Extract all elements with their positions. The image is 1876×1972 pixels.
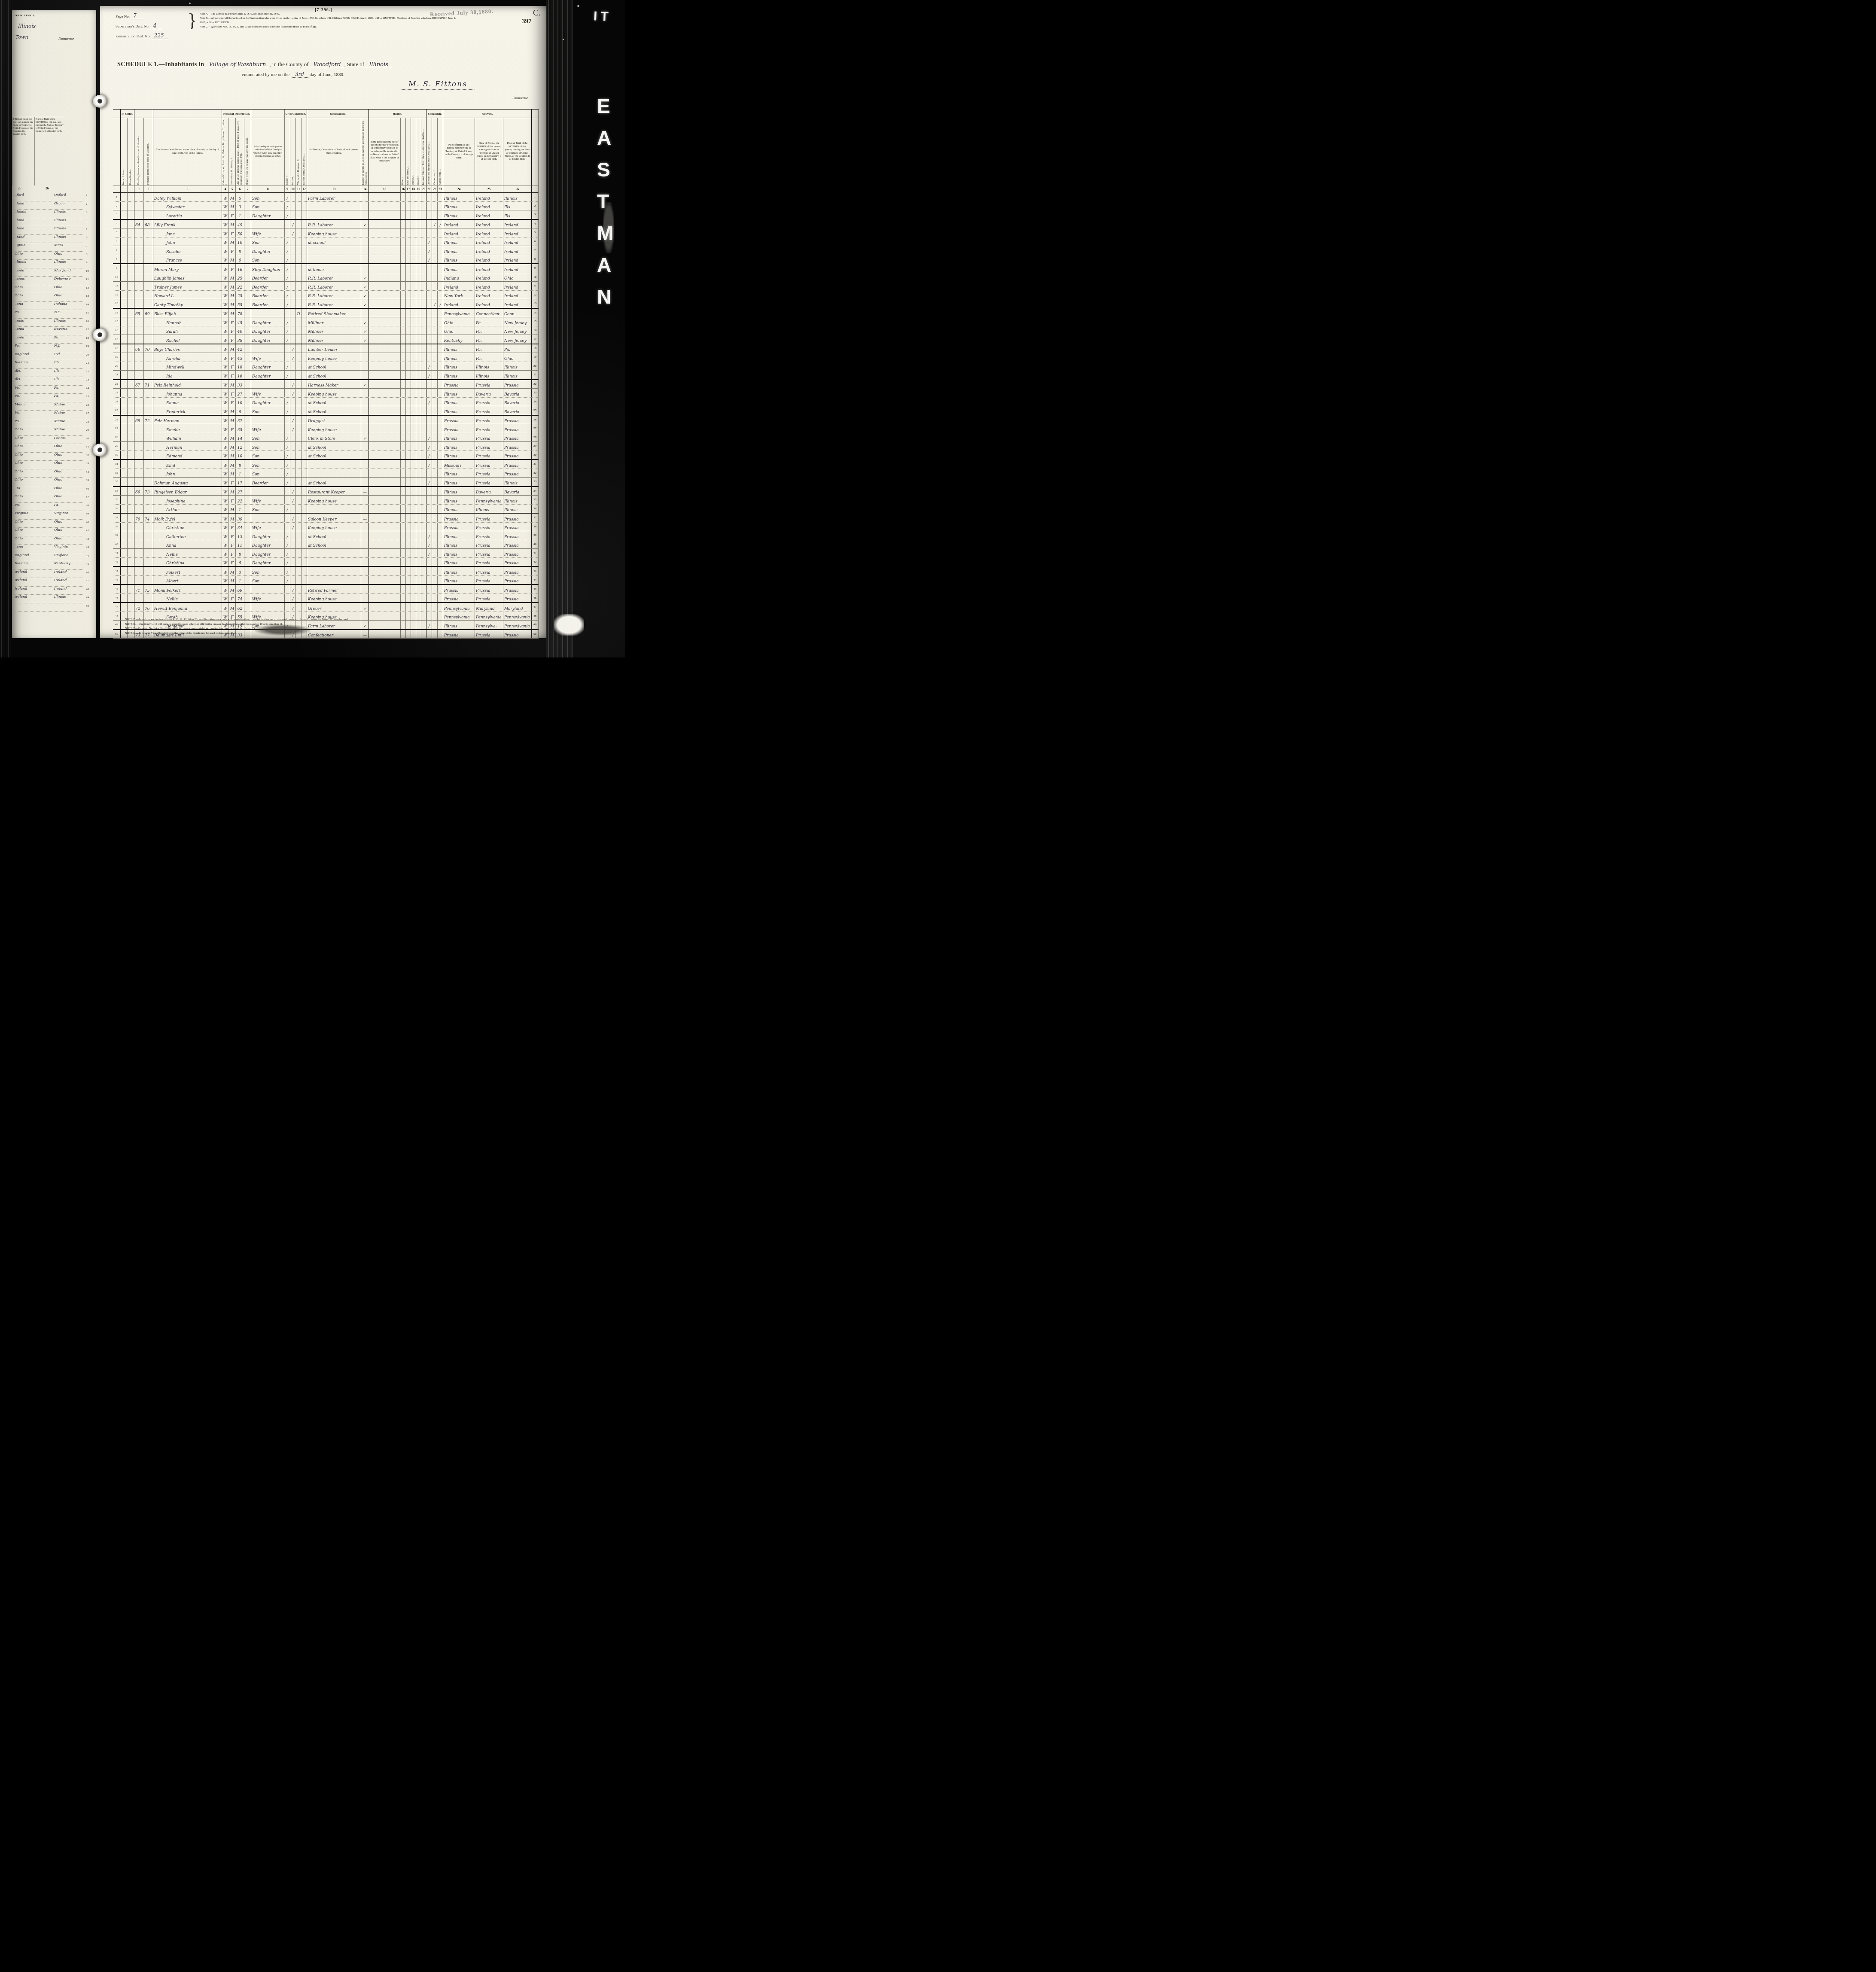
cell-widowed: [296, 264, 301, 273]
cell-street: [121, 220, 128, 228]
cell-name: Bliss Elijah: [153, 309, 222, 317]
cell-maimed: [421, 291, 426, 299]
cell-dwelling: [134, 505, 144, 513]
cell-family: [144, 228, 153, 237]
cell-pof: Prussia: [475, 416, 503, 424]
cell-blind: [401, 594, 406, 603]
cell-school: /: [426, 460, 432, 469]
cell-maimed: [421, 344, 426, 353]
cell-single: [285, 344, 290, 353]
cell-maimed: [421, 514, 426, 522]
cell-blind: [401, 630, 406, 639]
header-notes: Note A.—The Census Year begins June 1, 1…: [200, 12, 457, 29]
cell-relationship: [251, 309, 285, 317]
cell-rnL: 20: [113, 362, 121, 371]
cell-sickness: [369, 353, 401, 362]
film-brand-letter: N: [597, 285, 611, 308]
cell-rnL: 19: [113, 353, 121, 362]
cell-month: [244, 202, 251, 210]
cell-insane: [416, 255, 421, 264]
cell-street: [121, 335, 128, 344]
cell-single: /: [285, 567, 290, 575]
cell-write: [438, 630, 443, 639]
cell-house: [128, 299, 134, 308]
cell-color: W: [222, 603, 229, 612]
col-header-text-read: Cannot read, /.: [432, 119, 437, 185]
cell-married: [290, 478, 296, 486]
cell-unemployed: [361, 505, 369, 513]
cell-age: 34: [236, 523, 244, 531]
cell-pom: Pa.: [503, 344, 532, 353]
cell-pom: Prussia: [503, 424, 532, 433]
cell-married_cy: [301, 389, 307, 397]
cell-color: W: [222, 523, 229, 531]
cell-rnL: 39: [113, 531, 121, 540]
cell-house: [128, 210, 134, 219]
left-page-father-birthplace: Ohio: [12, 452, 52, 461]
cell-dwelling: 70: [134, 514, 144, 522]
cell-rnR: 43: [532, 567, 539, 575]
cell-single: /: [285, 398, 290, 406]
cell-school: [426, 309, 432, 317]
cell-blind: [401, 567, 406, 575]
cell-occupation: R.R. Laborer: [307, 299, 361, 308]
cell-married: [290, 309, 296, 317]
cell-family: [144, 246, 153, 255]
cell-dwelling: [134, 558, 144, 566]
cell-idiotic: [411, 442, 416, 450]
cell-married_cy: [301, 202, 307, 210]
cell-sex: F: [229, 398, 236, 406]
table-row: 226771Pelz ReinholdWM33/Harness Maker✓Pr…: [113, 380, 539, 389]
cell-pof: Prussia: [475, 594, 503, 603]
cell-write: [438, 612, 443, 621]
cell-read: [432, 594, 438, 603]
cell-read: [432, 255, 438, 264]
table-column-numbers: 1234567891011121314151617181920212223242…: [113, 186, 539, 193]
cell-relationship: Boarder: [251, 291, 285, 299]
cell-age: 1: [236, 576, 244, 584]
cell-month: [244, 371, 251, 379]
cell-rnR: 34: [532, 487, 539, 496]
cell-married: [290, 371, 296, 379]
cell-married_cy: [301, 291, 307, 299]
cell-relationship: Wife: [251, 424, 285, 433]
cell-married_cy: [301, 424, 307, 433]
cell-insane: [416, 389, 421, 397]
cell-sickness: [369, 220, 401, 228]
cell-married: [290, 433, 296, 442]
cell-rnR: 22: [532, 380, 539, 389]
cell-house: [128, 309, 134, 317]
cell-married: /: [290, 228, 296, 237]
cell-rnL: 2: [113, 202, 121, 210]
cell-rnL: 21: [113, 371, 121, 379]
cell-insane: [416, 621, 421, 629]
cell-street: [121, 389, 128, 397]
left-page-row-number: 46: [86, 571, 89, 574]
cell-relationship: Daughter: [251, 549, 285, 557]
cell-pof: Prussia: [475, 558, 503, 566]
cell-write: [438, 567, 443, 575]
cell-unemployed: [361, 594, 369, 603]
cell-maimed: [421, 460, 426, 469]
cell-deaf: [406, 220, 411, 228]
cell-family: [144, 193, 153, 201]
cell-pom: Ireland: [503, 291, 532, 299]
col-number-unemployed: 14: [361, 186, 369, 193]
left-page-row: EnglandInd.: [12, 352, 84, 361]
cell-school: /: [426, 540, 432, 549]
cell-sex: M: [229, 433, 236, 442]
col-number-deaf: 17: [406, 186, 411, 193]
left-page-father-birthplace: ..ania: [12, 335, 52, 344]
cell-street: [121, 514, 128, 522]
cell-pof: Illinois: [475, 362, 503, 371]
cell-house: [128, 416, 134, 424]
cell-sex: F: [229, 353, 236, 362]
left-page-row-number: 7: [86, 244, 88, 247]
cell-deaf: [406, 523, 411, 531]
cell-family: [144, 389, 153, 397]
cell-maimed: [421, 389, 426, 397]
cell-unemployed: [361, 255, 369, 264]
cell-married: /: [290, 416, 296, 424]
cell-pom: Pennsylvania: [503, 621, 532, 629]
cell-name: Pelz Reinhold: [153, 380, 222, 389]
cell-blind: [401, 603, 406, 612]
cell-maimed: [421, 353, 426, 362]
cell-sickness: [369, 540, 401, 549]
cell-house: [128, 202, 134, 210]
cell-deaf: [406, 389, 411, 397]
cell-occupation: [307, 567, 361, 575]
cell-pob: Indiana: [443, 273, 475, 282]
cell-month: [244, 531, 251, 540]
cell-color: W: [222, 567, 229, 575]
cell-idiotic: [411, 255, 416, 264]
cell-pom: Bavaria: [503, 406, 532, 415]
cell-deaf: [406, 451, 411, 460]
cell-rnL: 29: [113, 442, 121, 450]
cell-married: /: [290, 603, 296, 612]
cell-deaf: [406, 264, 411, 273]
cell-school: [426, 264, 432, 273]
cell-idiotic: [411, 326, 416, 335]
cell-rnL: 10: [113, 273, 121, 282]
cell-occupation: at home: [307, 264, 361, 273]
note-b: Note B.—All persons will be included in …: [200, 16, 457, 25]
cell-street: [121, 496, 128, 504]
cell-occupation: R.R. Laborer: [307, 273, 361, 282]
cell-blind: [401, 406, 406, 415]
cell-occupation: Keeping house: [307, 424, 361, 433]
section-civilcondition: Civil Condition.: [285, 110, 307, 118]
cell-pom: Bavaria: [503, 398, 532, 406]
cell-deaf: [406, 487, 411, 496]
cell-occupation: at School: [307, 371, 361, 379]
cell-unemployed: ✓: [361, 335, 369, 344]
cell-occupation: at School: [307, 531, 361, 540]
cell-pof: Pa.: [475, 317, 503, 326]
cell-school: [426, 353, 432, 362]
col-number-single: 9: [285, 186, 290, 193]
cell-pof: Prussia: [475, 531, 503, 540]
cell-read: [432, 612, 438, 621]
cell-write: /: [438, 299, 443, 308]
cell-pob: Prussia: [443, 594, 475, 603]
cell-relationship: Boarder: [251, 478, 285, 486]
cell-relationship: Daughter: [251, 210, 285, 219]
cell-dwelling: [134, 237, 144, 246]
left-page-row: Pa.Pa.: [12, 393, 84, 402]
cell-family: 75: [144, 585, 153, 593]
cell-deaf: [406, 273, 411, 282]
left-page-row-number: 22: [86, 370, 89, 373]
cell-color: W: [222, 433, 229, 442]
cell-deaf: [406, 576, 411, 584]
left-page-mother-birthplace: Indiana: [52, 301, 91, 310]
cell-unemployed: [361, 424, 369, 433]
left-page-mother-birthplace: Ireland: [52, 569, 91, 578]
cell-rnL: 32: [113, 469, 121, 478]
cell-sickness: [369, 210, 401, 219]
cell-pob: Illinois: [443, 362, 475, 371]
cell-rnR: 23: [532, 389, 539, 397]
cell-unemployed: [361, 202, 369, 210]
left-page-row-number: 38: [86, 504, 89, 507]
cell-rnR: 33: [532, 478, 539, 486]
cell-widowed: [296, 246, 301, 255]
left-page-row-number: 14: [86, 303, 89, 306]
table-row: 377074Moik EyfelWM39/Saloon Keeper—Pruss…: [113, 514, 539, 523]
cell-family: 68: [144, 220, 153, 228]
cell-insane: [416, 451, 421, 460]
left-page-row: OhioOhio: [12, 469, 84, 478]
cell-sickness: [369, 380, 401, 389]
cell-relationship: Daughter: [251, 540, 285, 549]
cell-read: [432, 389, 438, 397]
cell-sickness: [369, 398, 401, 406]
cell-sex: M: [229, 406, 236, 415]
left-page-father-birthplace: Va.: [12, 385, 52, 394]
cell-sex: M: [229, 220, 236, 228]
cell-idiotic: [411, 612, 416, 621]
left-page-mother-birthplace: Illinois: [52, 594, 91, 603]
cell-month: [244, 469, 251, 478]
cell-deaf: [406, 469, 411, 478]
left-page-row-number: 49: [86, 596, 89, 599]
cell-relationship: Son: [251, 451, 285, 460]
cell-dwelling: [134, 442, 144, 450]
cell-street: [121, 558, 128, 566]
cell-deaf: [406, 299, 411, 308]
cell-pob: Illinois: [443, 246, 475, 255]
cell-street: [121, 540, 128, 549]
section-blank: [532, 110, 539, 118]
cell-school: [426, 585, 432, 593]
col-header-text-maimed: Maimed, Crippled, Bedridden, or otherwis…: [421, 119, 426, 185]
cell-sickness: [369, 585, 401, 593]
left-page-father-birthplace: ..ana: [12, 301, 52, 310]
col-header-house: House Number.: [128, 118, 134, 186]
left-page-father-birthplace: Ohio: [12, 251, 52, 260]
cell-occupation: R.R. Laborer: [307, 282, 361, 290]
cell-deaf: [406, 362, 411, 371]
cell-idiotic: [411, 309, 416, 317]
left-page-top-fragment: ORN SINCE: [15, 14, 35, 17]
left-page-row-number: 20: [86, 353, 89, 356]
cell-married_cy: [301, 549, 307, 557]
cell-idiotic: [411, 273, 416, 282]
cell-widowed: [296, 317, 301, 326]
col-number-write: 23: [438, 186, 443, 193]
cell-dwelling: 69: [134, 487, 144, 496]
cell-pob: Prussia: [443, 424, 475, 433]
cell-widowed: [296, 585, 301, 593]
cell-write: [438, 362, 443, 371]
section-personaldescription: Personal Description.: [222, 110, 251, 118]
cell-family: [144, 291, 153, 299]
col-header-text-pof: Place of Birth of the FATHER of this per…: [475, 118, 503, 186]
cell-widowed: [296, 460, 301, 469]
cell-rnL: 48: [113, 612, 121, 621]
film-brand-letter: S: [597, 158, 610, 181]
cell-school: [426, 469, 432, 478]
table-row: 23JohannaWF27Wife/Keeping houseIllinoisB…: [113, 389, 539, 398]
cell-age: 16: [236, 264, 244, 273]
cell-maimed: [421, 540, 426, 549]
cell-sex: M: [229, 469, 236, 478]
cell-deaf: [406, 549, 411, 557]
cell-blind: [401, 585, 406, 593]
cell-rnL: 16: [113, 326, 121, 335]
cell-name: William: [153, 433, 222, 442]
col-header-text-idiotic: Idiotic, /.: [411, 119, 416, 185]
cell-family: [144, 237, 153, 246]
cell-idiotic: [411, 585, 416, 593]
cell-write: [438, 344, 443, 353]
cell-pom: Ireland: [503, 282, 532, 290]
left-page-row-number: 23: [86, 378, 89, 381]
cell-write: [438, 317, 443, 326]
cell-school: /: [426, 442, 432, 450]
cell-relationship: Wife: [251, 353, 285, 362]
ink-smudge: [255, 624, 311, 636]
cell-deaf: [406, 558, 411, 566]
cell-color: W: [222, 335, 229, 344]
cell-name: Boys Charles: [153, 344, 222, 353]
left-page-row: ..anasDelaware: [12, 276, 84, 285]
day-label: day of June, 1880.: [310, 72, 344, 77]
cell-pom: Prussia: [503, 630, 532, 639]
left-page-mother-birthplace: Maine: [52, 402, 91, 411]
cell-family: [144, 442, 153, 450]
cell-write: [438, 469, 443, 478]
cell-pob: Kentucky: [443, 335, 475, 344]
table-row: 266872Pelz HermanWM37/Druggist—PrussiaPr…: [113, 416, 539, 425]
day-written: 3rd: [291, 71, 308, 78]
cell-deaf: [406, 621, 411, 629]
cell-sex: F: [229, 362, 236, 371]
cell-street: [121, 344, 128, 353]
cell-rnR: 45: [532, 585, 539, 593]
cell-rnR: 29: [532, 442, 539, 450]
cell-street: [121, 362, 128, 371]
cell-name: Johanna: [153, 389, 222, 397]
cell-dwelling: [134, 540, 144, 549]
cell-street: [121, 371, 128, 379]
cell-deaf: [406, 398, 411, 406]
cell-married_cy: [301, 567, 307, 575]
cell-street: [121, 282, 128, 290]
cell-write: [438, 603, 443, 612]
cell-month: [244, 514, 251, 522]
cell-street: [121, 451, 128, 460]
cell-occupation: Keeping house: [307, 496, 361, 504]
left-page-row: IrelandIreland: [12, 586, 84, 595]
cell-idiotic: [411, 531, 416, 540]
section-occupation: Occupation.: [307, 110, 369, 118]
cell-insane: [416, 496, 421, 504]
cell-family: [144, 478, 153, 486]
left-page-row: Va.Maine: [12, 410, 84, 419]
cell-read: [432, 540, 438, 549]
cell-insane: [416, 433, 421, 442]
cell-occupation: Clerk in Store: [307, 433, 361, 442]
left-page-row-number: 11: [86, 277, 89, 281]
cell-pof: Ireland: [475, 273, 503, 282]
cell-unemployed: [361, 353, 369, 362]
cell-relationship: Son: [251, 576, 285, 584]
cell-idiotic: [411, 603, 416, 612]
cell-pom: Prussia: [503, 433, 532, 442]
left-page-father-birthplace: ..io: [12, 486, 52, 494]
cell-unemployed: ✓: [361, 326, 369, 335]
film-brand-letter: A: [597, 126, 611, 149]
cell-rnR: 38: [532, 523, 539, 531]
cell-dwelling: [134, 389, 144, 397]
left-page-row: OhioMaine: [12, 427, 84, 436]
cell-deaf: [406, 531, 411, 540]
cell-unemployed: [361, 228, 369, 237]
cell-rnR: 37: [532, 514, 539, 522]
cell-read: [432, 576, 438, 584]
cell-month: [244, 228, 251, 237]
cell-write: [438, 442, 443, 450]
cell-color: W: [222, 531, 229, 540]
cell-occupation: at School: [307, 362, 361, 371]
left-page-row: ..ioOhio: [12, 486, 84, 495]
left-page-written-state: Illinois: [18, 23, 36, 29]
left-page-mother-birthplace: Ohio: [52, 486, 91, 494]
col-header-text-occupation: Profession, Occupation or Trade of each …: [307, 118, 361, 186]
cell-sickness: [369, 335, 401, 344]
cell-color: W: [222, 299, 229, 308]
cell-deaf: [406, 514, 411, 522]
cell-relationship: Daughter: [251, 362, 285, 371]
cell-read: [432, 273, 438, 282]
cell-dwelling: [134, 202, 144, 210]
cell-maimed: [421, 193, 426, 201]
cell-occupation: Retired Farmer: [307, 585, 361, 593]
left-page-mother-birthplace: Ohio: [52, 519, 91, 528]
cell-age: 27: [236, 487, 244, 496]
cell-rnL: 34: [113, 487, 121, 496]
table-row: 15HannahWF45Daughter/Milliner✓OhioPa.New…: [113, 317, 539, 326]
cell-write: [438, 326, 443, 335]
enumeration-value: 225: [152, 33, 170, 39]
